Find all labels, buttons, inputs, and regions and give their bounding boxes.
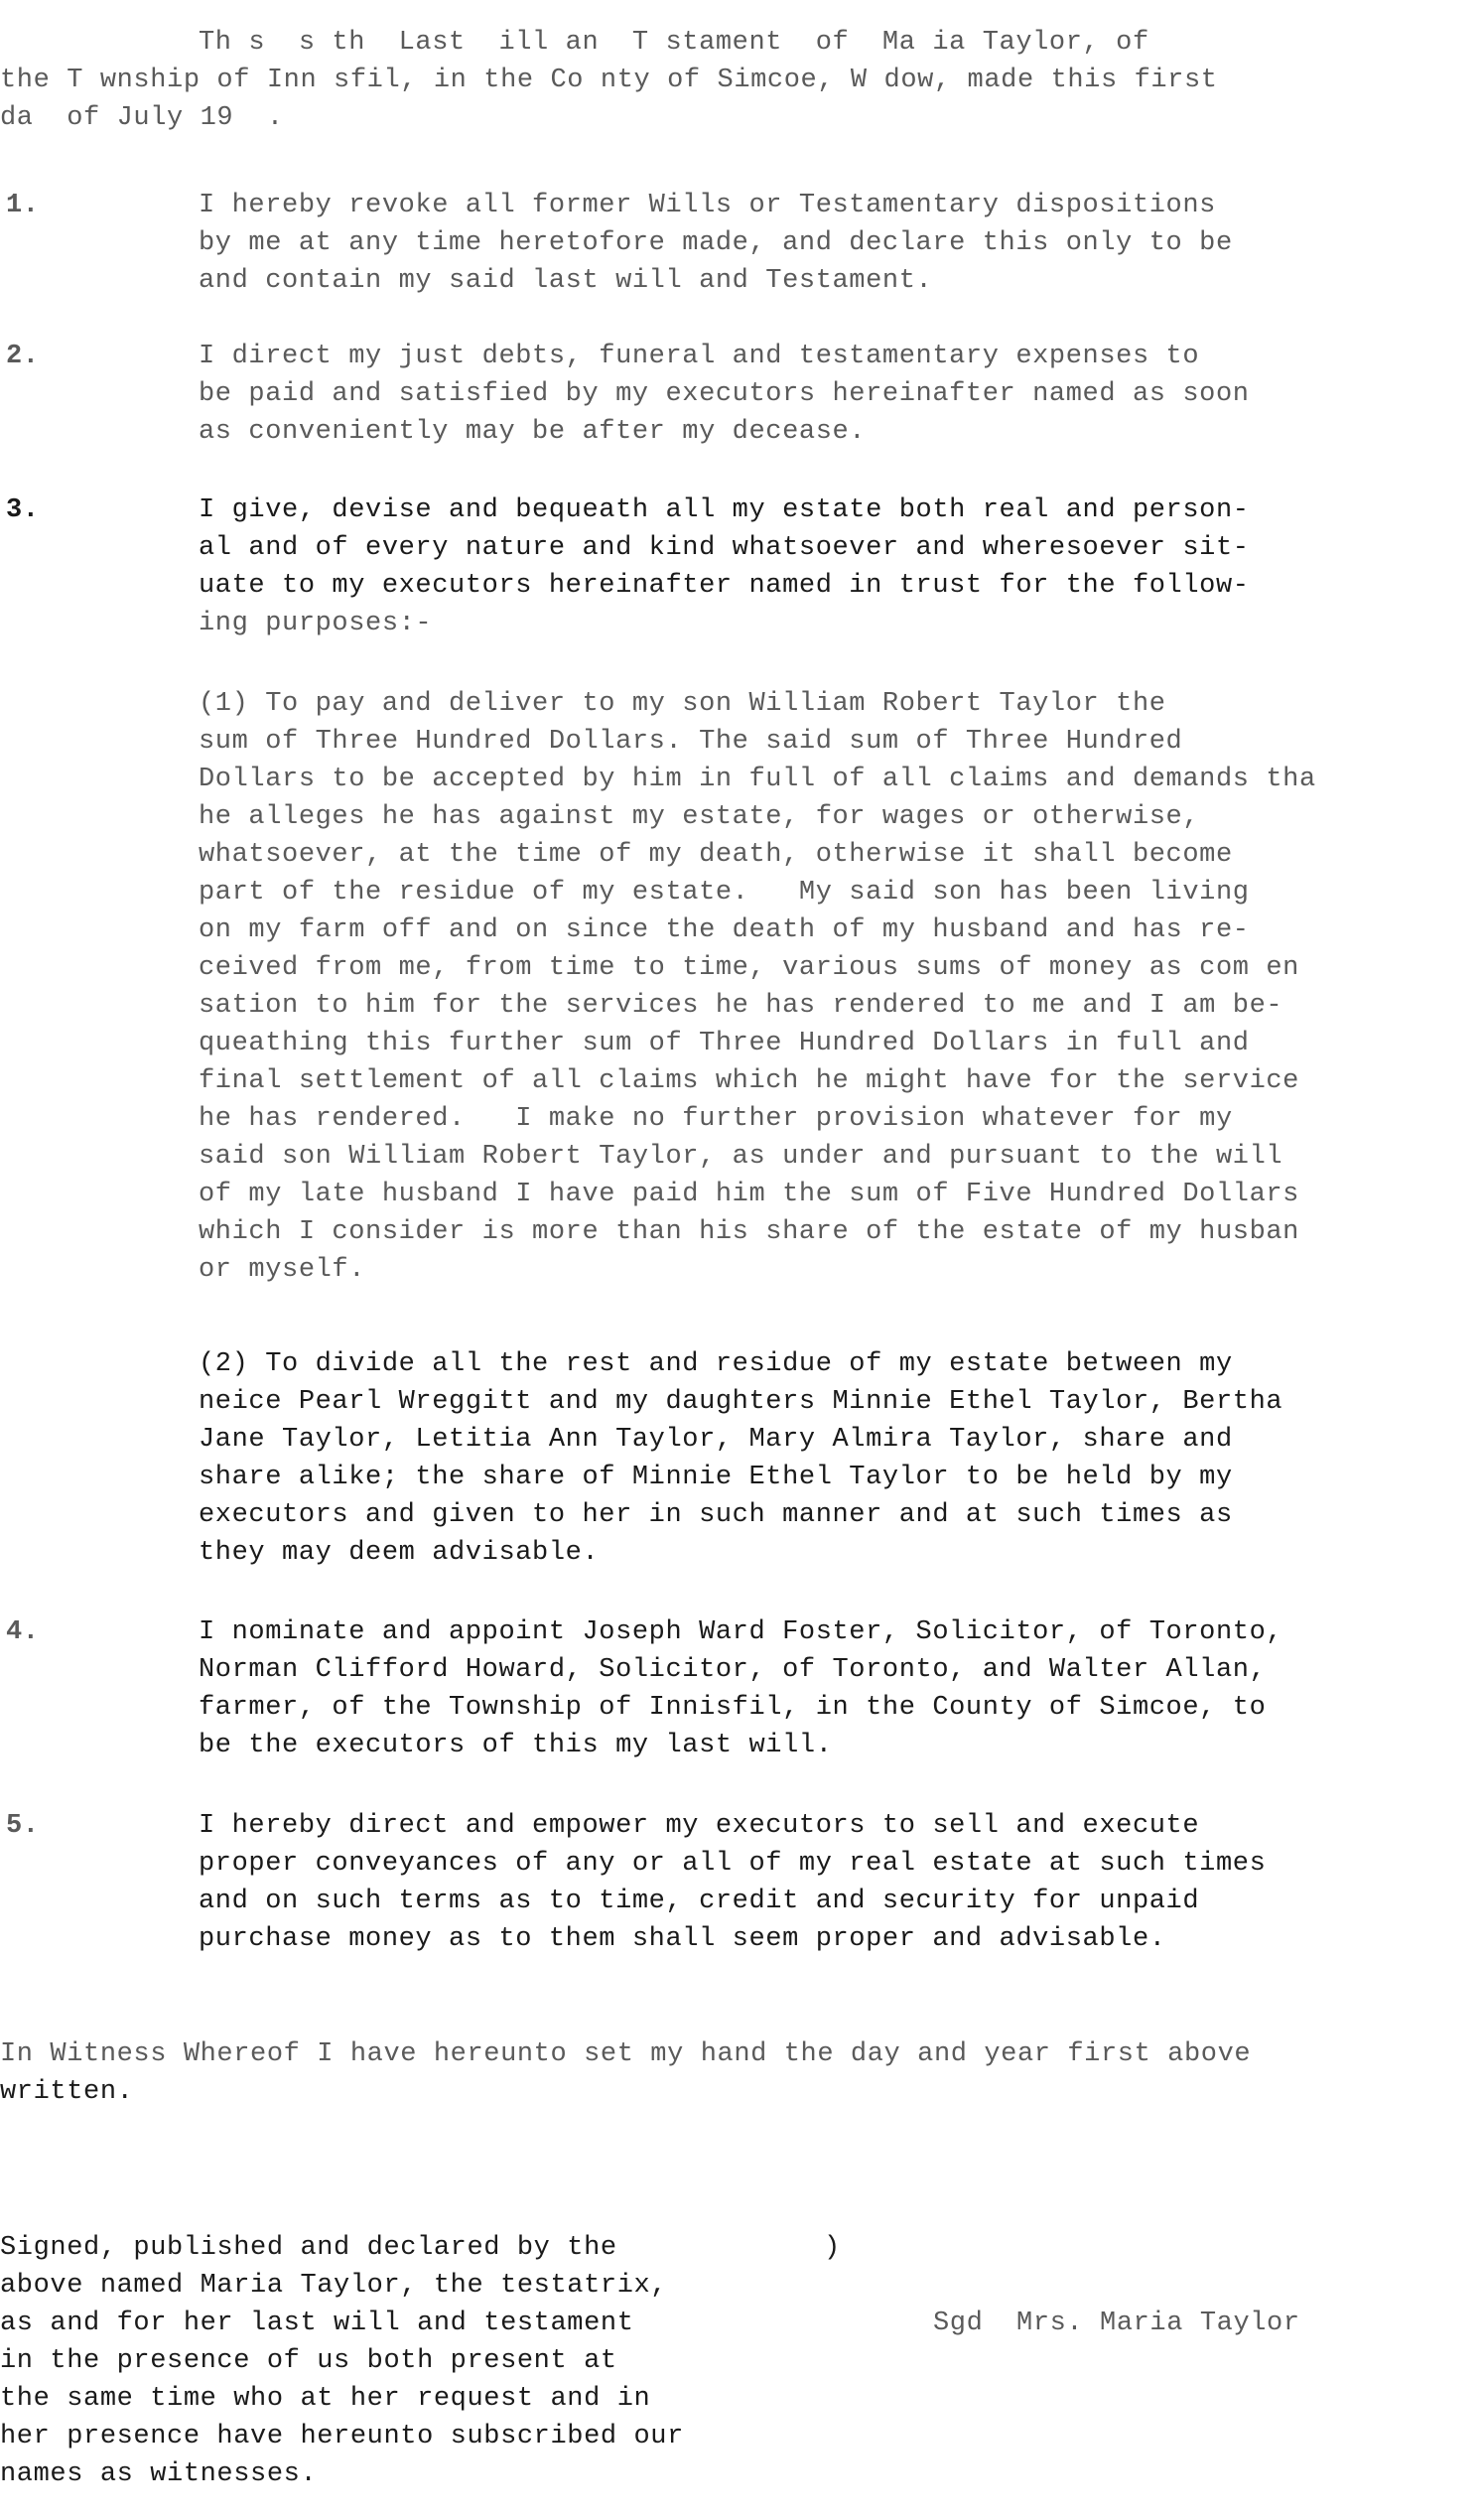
- subclause-line: neice Pearl Wreggitt and my daughters Mi…: [199, 1383, 1282, 1421]
- attestation-line: Signed, published and declared by the: [0, 2229, 684, 2267]
- clause-line: Norman Clifford Howard, Solicitor, of To…: [199, 1651, 1282, 1689]
- subclause-line: sum of Three Hundred Dollars. The said s…: [199, 723, 1316, 761]
- testimonium-line: written.: [0, 2073, 1251, 2111]
- attestation-clause: Signed, published and declared by the ab…: [0, 2229, 684, 2493]
- document-header: Th s s th Last ill an T stament of Ma ia…: [0, 24, 1218, 137]
- subclause-line: whatsoever, at the time of my death, oth…: [199, 836, 1316, 874]
- testimonium: In Witness Whereof I have hereunto set m…: [0, 2035, 1251, 2111]
- clause-line: al and of every nature and kind whatsoev…: [199, 529, 1250, 567]
- subclause-line: on my farm off and on since the death of…: [199, 911, 1316, 949]
- testimonium-line: In Witness Whereof I have hereunto set m…: [0, 2035, 1251, 2073]
- header-line-2: the T wnship of Inn sfil, in the Co nty …: [0, 62, 1218, 99]
- clause-line: ing purposes:-: [199, 605, 1250, 642]
- clause-line: I direct my just debts, funeral and test…: [199, 338, 1250, 375]
- clause-line: and on such terms as to time, credit and…: [199, 1883, 1266, 1920]
- attestation-line: above named Maria Taylor, the testatrix,: [0, 2267, 684, 2305]
- subclause-line: ceived from me, from time to time, vario…: [199, 949, 1316, 987]
- clause-line: as conveniently may be after my decease.: [199, 413, 1250, 451]
- subclause-line: share alike; the share of Minnie Ethel T…: [199, 1459, 1282, 1496]
- subclause-line: part of the residue of my estate. My sai…: [199, 874, 1316, 911]
- clause-line: purchase money as to them shall seem pro…: [199, 1920, 1266, 1958]
- clause-line: I nominate and appoint Joseph Ward Foste…: [199, 1613, 1282, 1651]
- clause-number: 3.: [0, 491, 66, 529]
- attestation-line: her presence have hereunto subscribed ou…: [0, 2418, 684, 2455]
- clause-line: be the executors of this my last will.: [199, 1727, 1282, 1764]
- clause-number: 1.: [0, 187, 66, 224]
- clause-line: and contain my said last will and Testam…: [199, 262, 1233, 300]
- header-line-3: da of July 19 .: [0, 99, 1218, 137]
- clause-line: by me at any time heretofore made, and d…: [199, 224, 1233, 262]
- clause-line: I hereby revoke all former Wills or Test…: [199, 187, 1233, 224]
- subclause-line: they may deem advisable.: [199, 1534, 1282, 1572]
- subclause-line: which I consider is more than his share …: [199, 1213, 1316, 1251]
- clause-line: uate to my executors hereinafter named i…: [199, 567, 1250, 605]
- subclause-line: he alleges he has against my estate, for…: [199, 798, 1316, 836]
- subclause-line: final settlement of all claims which he …: [199, 1062, 1316, 1100]
- subclause-line: Jane Taylor, Letitia Ann Taylor, Mary Al…: [199, 1421, 1282, 1459]
- clause-line: be paid and satisfied by my executors he…: [199, 375, 1250, 413]
- subclause-line: he has rendered. I make no further provi…: [199, 1100, 1316, 1138]
- subclause-line: sation to him for the services he has re…: [199, 987, 1316, 1025]
- clause-number: 2.: [0, 338, 66, 375]
- subclause-line: of my late husband I have paid him the s…: [199, 1176, 1316, 1213]
- testatrix-signature: Sgd Mrs. Maria Taylor: [933, 2305, 1300, 2342]
- subclause-line: executors and given to her in such manne…: [199, 1496, 1282, 1534]
- header-line-1: Th s s th Last ill an T stament of Ma ia…: [0, 24, 1218, 62]
- clause-line: proper conveyances of any or all of my r…: [199, 1845, 1266, 1883]
- clause-line: I hereby direct and empower my executors…: [199, 1807, 1266, 1845]
- subclause-line: (1) To pay and deliver to my son William…: [199, 685, 1316, 723]
- clause-line: I give, devise and bequeath all my estat…: [199, 491, 1250, 529]
- subclause-line: said son William Robert Taylor, as under…: [199, 1138, 1316, 1176]
- subclause-line: (2) To divide all the rest and residue o…: [199, 1345, 1282, 1383]
- attestation-line: as and for her last will and testament: [0, 2305, 684, 2342]
- clause-number: 4.: [0, 1613, 66, 1651]
- clause-number: 5.: [0, 1807, 66, 1845]
- attestation-bracket: ): [824, 2229, 841, 2267]
- subclause-line: or myself.: [199, 1251, 1316, 1289]
- attestation-line: names as witnesses.: [0, 2455, 684, 2493]
- clause-line: farmer, of the Township of Innisfil, in …: [199, 1689, 1282, 1727]
- subclause-line: queathing this further sum of Three Hund…: [199, 1025, 1316, 1062]
- will-document-page: Th s s th Last ill an T stament of Ma ia…: [0, 0, 1483, 2520]
- attestation-line: the same time who at her request and in: [0, 2380, 684, 2418]
- subclause-line: Dollars to be accepted by him in full of…: [199, 761, 1316, 798]
- attestation-line: in the presence of us both present at: [0, 2342, 684, 2380]
